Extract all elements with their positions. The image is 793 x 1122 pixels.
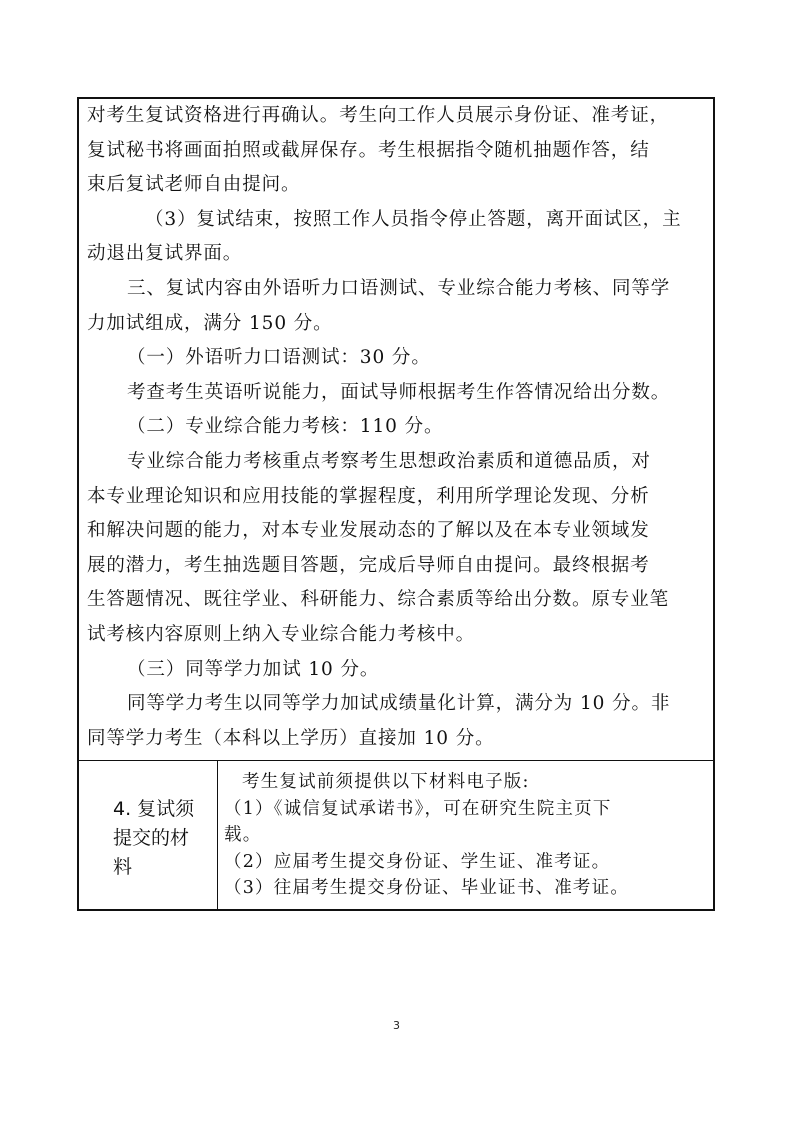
paragraph-line: 考查考生英语听说能力，面试导师根据考生作答情况给出分数。 [87, 376, 705, 411]
materials-intro: 考生复试前须提供以下材料电子版: [224, 769, 713, 796]
paragraph-line: 束后复试老师自由提问。 [87, 168, 705, 203]
page-number: 3 [0, 1019, 793, 1032]
paragraph-line: 专业综合能力考核重点考察考生思想政治素质和道德品质，对 [87, 445, 705, 480]
subsection-heading: （三）同等学力加试 10 分。 [87, 653, 705, 688]
label-line: 料 [113, 853, 217, 882]
materials-item: 载。 [224, 822, 713, 849]
materials-item: （2）应届考生提交身份证、学生证、准考证。 [224, 849, 713, 876]
materials-content-cell: 考生复试前须提供以下材料电子版: （1）《诚信复试承诺书》，可在研究生院主页下 … [218, 761, 713, 909]
label-line: 提交的材 [113, 824, 217, 853]
paragraph-line: 同等学力考生以同等学力加试成绩量化计算，满分为 10 分。非 [87, 687, 705, 722]
procedure-content-cell: 对考生复试资格进行再确认。考生向工作人员展示身份证、准考证， 复试秘书将画面拍照… [77, 97, 715, 761]
paragraph-line: 和解决问题的能力，对本专业发展动态的了解以及在本专业领域发 [87, 514, 705, 549]
subsection-heading: （二）专业综合能力考核：110 分。 [87, 410, 705, 445]
paragraph-line: 生答题情况、既往学业、科研能力、综合素质等给出分数。原专业笔 [87, 583, 705, 618]
paragraph-line: （3）复试结束，按照工作人员指令停止答题，离开面试区，主 [87, 203, 705, 238]
materials-label-cell: 4. 复试须 提交的材 料 [79, 761, 218, 909]
paragraph-line: 复试秘书将画面拍照或截屏保存。考生根据指令随机抽题作答，结 [87, 134, 705, 169]
paragraph-line: 动退出复试界面。 [87, 237, 705, 272]
paragraph-line: 展的潜力，考生抽选题目答题，完成后导师自由提问。最终根据考 [87, 549, 705, 584]
materials-item: （1）《诚信复试承诺书》，可在研究生院主页下 [224, 796, 713, 823]
paragraph-line: 本专业理论知识和应用技能的掌握程度，利用所学理论发现、分析 [87, 480, 705, 515]
paragraph-line: 同等学力考生（本科以上学历）直接加 10 分。 [87, 722, 705, 757]
requirements-table: 对考生复试资格进行再确认。考生向工作人员展示身份证、准考证， 复试秘书将画面拍照… [77, 97, 715, 911]
label-line: 4. 复试须 [113, 795, 217, 824]
materials-item: （3）往届考生提交身份证、毕业证书、准考证。 [224, 875, 713, 902]
paragraph-line: 力加试组成，满分 150 分。 [87, 307, 705, 342]
materials-row: 4. 复试须 提交的材 料 考生复试前须提供以下材料电子版: （1）《诚信复试承… [77, 761, 715, 911]
section-heading: 三、复试内容由外语听力口语测试、专业综合能力考核、同等学 [87, 272, 705, 307]
paragraph-line: 对考生复试资格进行再确认。考生向工作人员展示身份证、准考证， [87, 99, 705, 134]
subsection-heading: （一）外语听力口语测试：30 分。 [87, 341, 705, 376]
paragraph-line: 试考核内容原则上纳入专业综合能力考核中。 [87, 618, 705, 653]
